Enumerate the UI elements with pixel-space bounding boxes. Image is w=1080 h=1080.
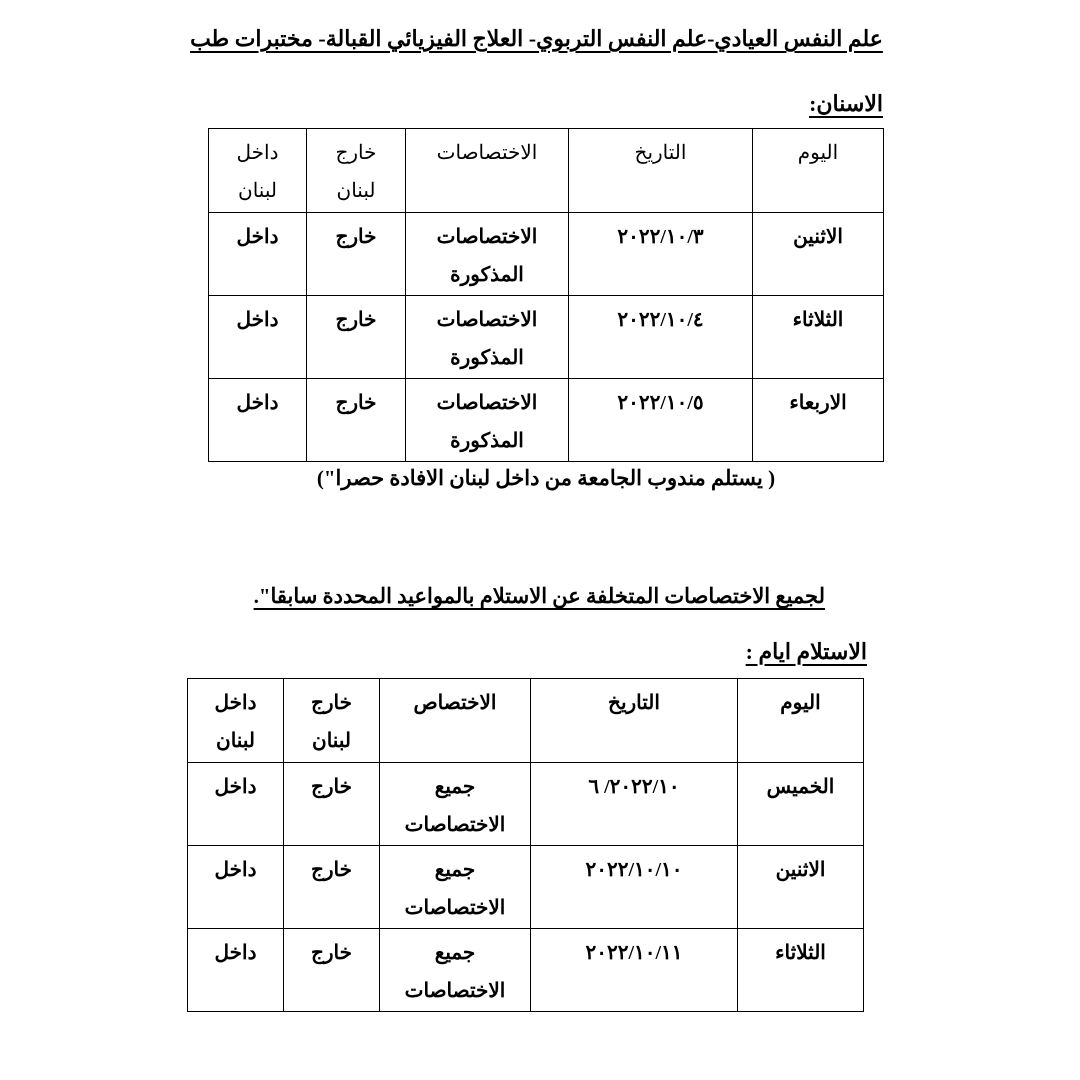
table-row: الاربعاء ٢٠٢٢/١٠/٥ الاختصاصات المذكورة خ… xyxy=(209,379,884,462)
day-cell: الاربعاء xyxy=(753,379,884,462)
date-value: ٢٠٢٢/١٠/٥ xyxy=(617,392,703,414)
date-value: ٢٠٢٢/١٠/١١ xyxy=(585,942,682,964)
receipt-days-heading: الاستلام ايام : xyxy=(746,639,867,665)
table-row: الاثنين ٢٠٢٢/١٠/١٠ جميع الاختصاصات خارج … xyxy=(188,846,864,929)
specialization-header-cell: الاختصاصات xyxy=(406,129,569,213)
inside-lebanon-header-cell: داخل لبنان xyxy=(188,679,284,763)
outside-cell: خارج xyxy=(284,929,380,1012)
date-cell: ٢٠٢٢/١٠/١٠ xyxy=(531,846,738,929)
outside-cell: خارج xyxy=(284,763,380,846)
late-pickup-line: لجميع الاختصاصات المتخلفة عن الاستلام با… xyxy=(254,584,825,609)
specialization-cell: الاختصاصات المذكورة xyxy=(406,296,569,379)
outside-cell: خارج xyxy=(307,213,406,296)
specialization-cell: جميع الاختصاصات xyxy=(380,763,531,846)
specialization-cell: جميع الاختصاصات xyxy=(380,846,531,929)
inside-lebanon-header-cell: داخل لبنان xyxy=(209,129,307,213)
inside-cell: داخل xyxy=(188,763,284,846)
document-page: علم النفس العيادي-علم النفس التربوي- الع… xyxy=(188,0,885,1080)
day-cell: الثلاثاء xyxy=(738,929,864,1012)
date-header-cell: التاريخ xyxy=(531,679,738,763)
inside-cell: داخل xyxy=(209,296,307,379)
inside-cell: داخل xyxy=(188,929,284,1012)
table-row: الثلاثاء ٢٠٢٢/١٠/١١ جميع الاختصاصات خارج… xyxy=(188,929,864,1012)
specialization-cell: جميع الاختصاصات xyxy=(380,929,531,1012)
outside-cell: خارج xyxy=(307,379,406,462)
date-cell: ٢٠٢٢/١٠/٣ xyxy=(569,213,753,296)
day-cell: الاثنين xyxy=(753,213,884,296)
day-cell: الاثنين xyxy=(738,846,864,929)
specialization-cell: الاختصاصات المذكورة xyxy=(406,379,569,462)
specialization-cell: الاختصاصات المذكورة xyxy=(406,213,569,296)
day-header-cell: اليوم xyxy=(738,679,864,763)
day-cell: الثلاثاء xyxy=(753,296,884,379)
dental-section-heading: الاسنان: xyxy=(809,91,883,117)
date-cell: ٢٠٢٢/١٠/٤ xyxy=(569,296,753,379)
dental-schedule-table: اليوم التاريخ الاختصاصات خارج لبنان داخل… xyxy=(208,128,884,462)
date-cell: ٢٠٢٢/١٠/١١ xyxy=(531,929,738,1012)
date-header-cell: التاريخ xyxy=(569,129,753,213)
table-row: الخميس ٢٠٢٢/١٠/ ٦ جميع الاختصاصات خارج د… xyxy=(188,763,864,846)
inside-cell: داخل xyxy=(209,213,307,296)
inside-cell: داخل xyxy=(188,846,284,929)
outside-cell: خارج xyxy=(284,846,380,929)
document-title: علم النفس العيادي-علم النفس التربوي- الع… xyxy=(188,26,885,52)
date-cell: ٢٠٢٢/١٠/٥ xyxy=(569,379,753,462)
day-header-cell: اليوم xyxy=(753,129,884,213)
outside-lebanon-header-cell: خارج لبنان xyxy=(284,679,380,763)
specialization-header-cell: الاختصاص xyxy=(380,679,531,763)
table-header-row: اليوم التاريخ الاختصاصات خارج لبنان داخل… xyxy=(209,129,884,213)
table-row: الثلاثاء ٢٠٢٢/١٠/٤ الاختصاصات المذكورة خ… xyxy=(209,296,884,379)
date-cell: ٢٠٢٢/١٠/ ٦ xyxy=(531,763,738,846)
table-header-row: اليوم التاريخ الاختصاص خارج لبنان داخل ل… xyxy=(188,679,864,763)
makeup-schedule-table: اليوم التاريخ الاختصاص خارج لبنان داخل ل… xyxy=(187,678,864,1012)
outside-cell: خارج xyxy=(307,296,406,379)
table-row: الاثنين ٢٠٢٢/١٠/٣ الاختصاصات المذكورة خا… xyxy=(209,213,884,296)
date-value: ٢٠٢٢/١٠/٤ xyxy=(617,309,703,331)
date-value: ٢٠٢٢/١٠/١٠ xyxy=(585,859,682,881)
date-value: ٢٠٢٢/١٠/ ٦ xyxy=(588,776,679,798)
inside-cell: داخل xyxy=(209,379,307,462)
outside-lebanon-header-cell: خارج لبنان xyxy=(307,129,406,213)
pickup-note: ( يستلم مندوب الجامعة من داخل لبنان الاف… xyxy=(208,466,884,491)
day-cell: الخميس xyxy=(738,763,864,846)
date-value: ٢٠٢٢/١٠/٣ xyxy=(617,226,703,248)
